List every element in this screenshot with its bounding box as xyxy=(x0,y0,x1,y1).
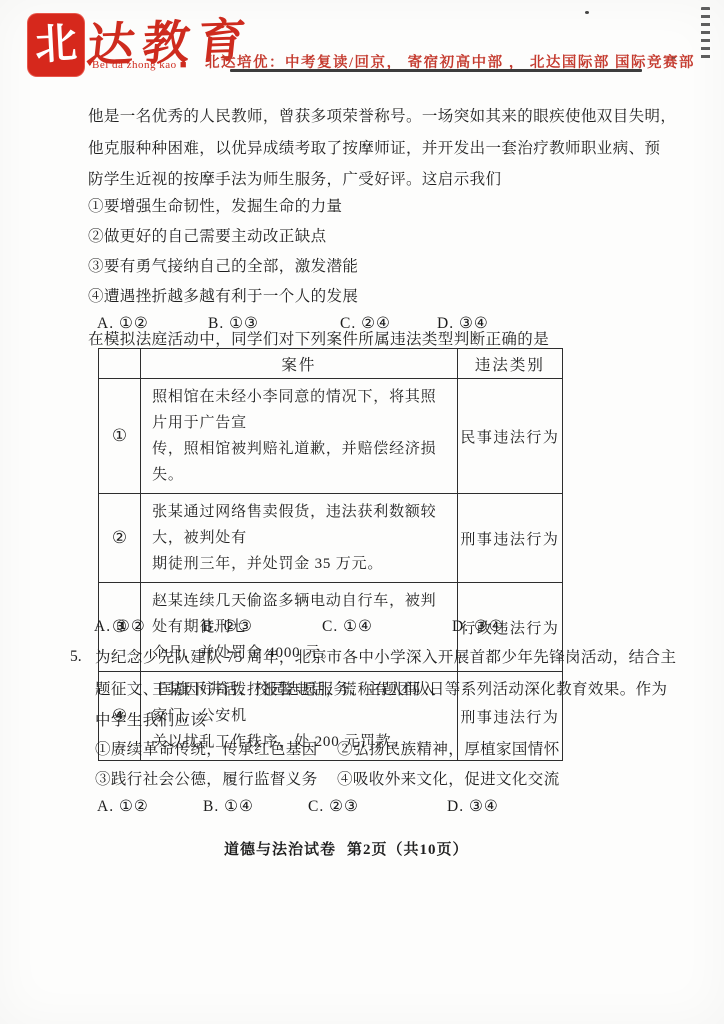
footer-document-title: 道德与法治试卷 xyxy=(224,838,336,859)
question-stem-line: 他是一名优秀的人民教师，曾获多项荣誉称号。一场突如其来的眼疾使他双目失明， xyxy=(88,107,676,127)
question-stem-line: 在模拟法庭活动中，同学们对下列案件所属违法类型判断正确的是 xyxy=(88,330,549,350)
table-header-row: 案件 违法类别 xyxy=(99,349,563,379)
question-number: 5. xyxy=(70,648,82,666)
case-line: 照相馆在未经小李同意的情况下，将其照片用于广告宣 xyxy=(152,384,449,436)
brand-seal-logo: 北 xyxy=(28,14,84,76)
statement-item: ②弘扬民族精神，厚植家国情怀 xyxy=(337,740,560,760)
statement-item: ①要增强生命韧性，发掘生命的力量 xyxy=(88,197,342,217)
scan-speck xyxy=(585,11,589,14)
scanned-exam-page: 北 达教育 Bei da zhong kao ■ 北达培优：中考复读/回京， 寄… xyxy=(0,0,724,1024)
margin-vertical-marks xyxy=(701,7,710,63)
answer-option: D. ③④ xyxy=(452,617,504,636)
seal-character: 北 xyxy=(34,23,78,67)
case-line: 期徒刑三年，并处罚金 35 万元。 xyxy=(152,551,449,577)
row-number: ① xyxy=(99,379,141,494)
answer-option: B. ②③ xyxy=(202,617,253,636)
violation-type: 刑事违法行为 xyxy=(457,494,562,583)
statement-item: ②做更好的自己需要主动改正缺点 xyxy=(88,227,327,247)
answer-option: A. ①② xyxy=(97,797,149,816)
question-stem-line: 中学生我们应该 xyxy=(95,711,206,731)
footer-page-number: 第2页（共10页） xyxy=(347,838,469,859)
table-header-type: 违法类别 xyxy=(457,349,562,379)
case-line: 赵某连续几天偷盗多辆电动自行车，被判处有期徒刑七 xyxy=(152,588,449,640)
table-row: ② 张某通过网络售卖假货，违法获利数额较大，被判处有 期徒刑三年，并处罚金 35… xyxy=(99,494,563,583)
statement-item: ①赓续革命传统，传承红色基因 xyxy=(95,740,318,760)
brand-subtitle: Bei da zhong kao ■ xyxy=(92,59,187,71)
violation-type: 民事违法行为 xyxy=(457,379,562,494)
case-description: 张某通过网络售卖假货，违法获利数额较大，被判处有 期徒刑三年，并处罚金 35 万… xyxy=(141,494,458,583)
statement-item: ③要有勇气接纳自己的全部，激发潜能 xyxy=(88,257,358,277)
answer-option: A. ①② xyxy=(94,617,146,636)
question-stem-line: 题征文、国旗下讲话、校园志愿服务、主题团队日等系列活动深化教育效果。作为 xyxy=(95,680,667,700)
table-header-empty xyxy=(99,349,141,379)
case-line: 传，照相馆被判赔礼道歉，并赔偿经济损失。 xyxy=(152,436,449,488)
row-number: ② xyxy=(99,494,141,583)
statement-item: ③践行社会公德，履行监督义务 xyxy=(95,770,318,790)
question-stem-line: 防学生近视的按摩手法为师生服务，广受好评。这启示我们 xyxy=(88,170,501,190)
table-header-case: 案件 xyxy=(141,349,458,379)
question-stem-line: 为纪念少先队建队 75 周年，北京市各中小学深入开展首都少年先锋岗活动，结合主 xyxy=(95,648,676,668)
answer-option: C. ②③ xyxy=(308,797,359,816)
statement-item: ④吸收外来文化，促进文化交流 xyxy=(337,770,560,790)
case-description: 照相馆在未经小李同意的情况下，将其照片用于广告宣 传，照相馆被判赔礼道歉，并赔偿… xyxy=(141,379,458,494)
answer-option: C. ①④ xyxy=(322,617,373,636)
table-row: ① 照相馆在未经小李同意的情况下，将其照片用于广告宣 传，照相馆被判赔礼道歉，并… xyxy=(99,379,563,494)
case-line: 张某通过网络售卖假货，违法获利数额较大，被判处有 xyxy=(152,499,449,551)
answer-option: B. ①④ xyxy=(203,797,254,816)
answer-option: D. ③④ xyxy=(447,797,499,816)
header-divider xyxy=(230,69,642,72)
question-stem-line: 他克服种种困难，以优异成绩考取了按摩师证，并开发出一套治疗教师职业病、预 xyxy=(88,139,660,159)
scan-speck xyxy=(672,57,675,59)
statement-item: ④遭遇挫折越多越有利于一个人的发展 xyxy=(88,287,358,307)
